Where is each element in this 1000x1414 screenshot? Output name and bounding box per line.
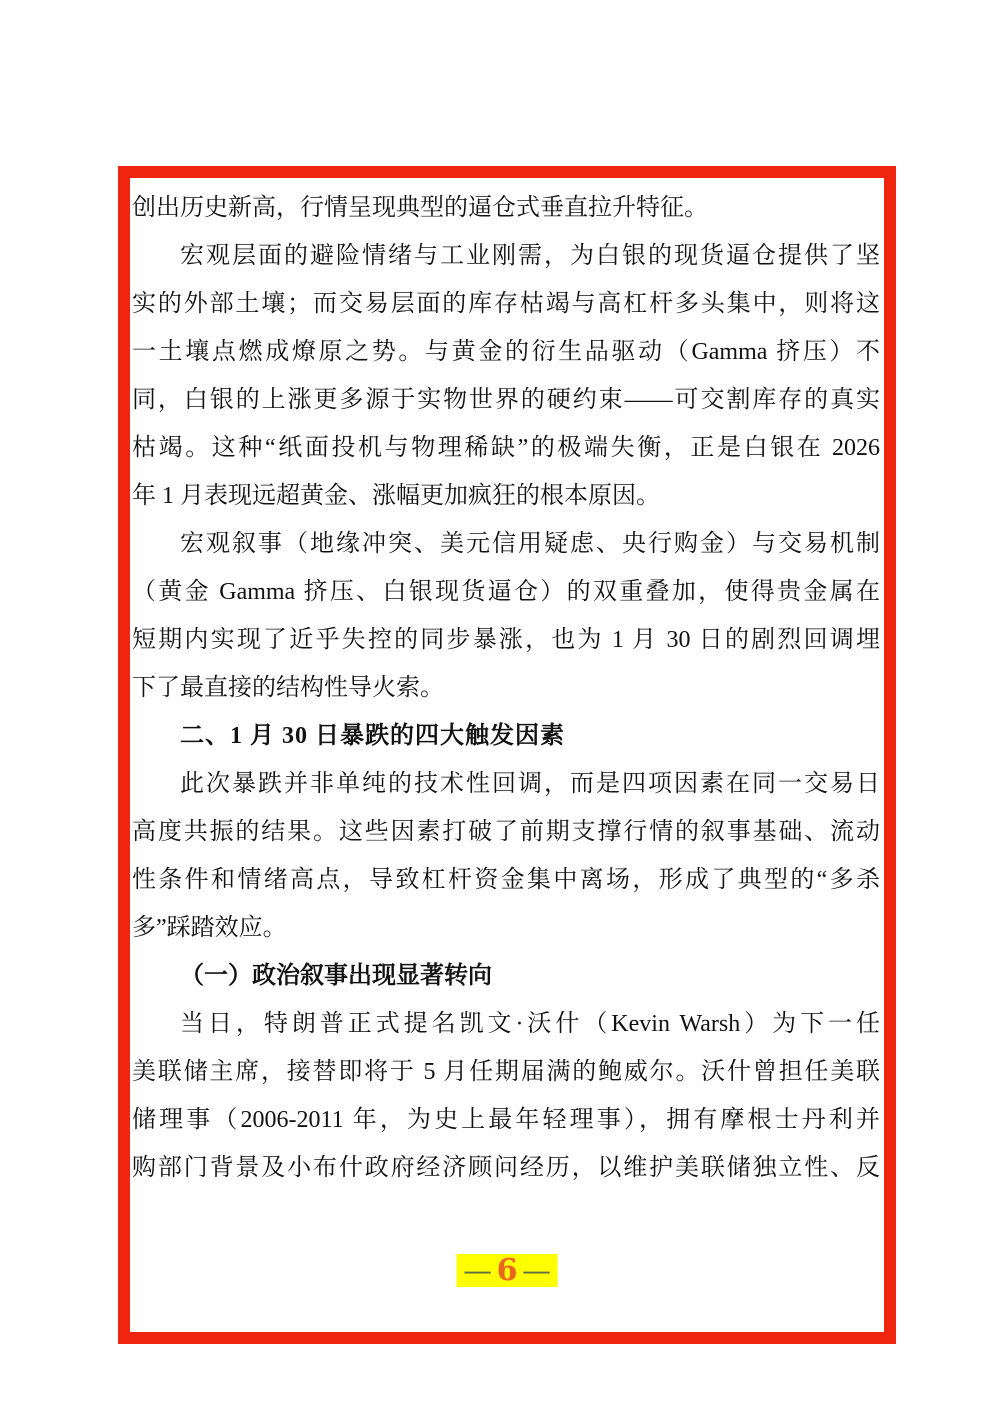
footer-dash-right: —	[523, 1254, 549, 1287]
text-line: 宏观叙事（地缘冲突、美元信用疑虑、央行购金）与交易机制	[132, 520, 880, 568]
page-number: 6	[497, 1254, 518, 1287]
text-line: 宏观层面的避险情绪与工业刚需，为白银的现货逼仓提供了坚	[132, 232, 880, 280]
text-line: 购部门背景及小布什政府经济顾问经历，以维护美联储独立性、反	[132, 1144, 880, 1192]
text-line: 同，白银的上涨更多源于实物世界的硬约束——可交割库存的真实	[132, 376, 880, 424]
text-line: 当日，特朗普正式提名凯文·沃什（Kevin Warsh）为下一任	[132, 1000, 880, 1048]
text-line: 下了最直接的结构性导火索。	[132, 664, 880, 712]
text-line: 枯竭。这种“纸面投机与物理稀缺”的极端失衡，正是白银在 2026	[132, 424, 880, 472]
text-line: 一土壤点燃成燎原之势。与黄金的衍生品驱动（Gamma 挤压）不	[132, 328, 880, 376]
text-line: 年 1 月表现远超黄金、涨幅更加疯狂的根本原因。	[132, 472, 880, 520]
heading: 二、1 月 30 日暴跌的四大触发因素	[132, 712, 880, 760]
text-line: （黄金 Gamma 挤压、白银现货逼仓）的双重叠加，使得贵金属在	[132, 568, 880, 616]
text-line: 性条件和情绪高点，导致杠杆资金集中离场，形成了典型的“多杀	[132, 856, 880, 904]
text-line: 短期内实现了近乎失控的同步暴涨，也为 1 月 30 日的剧烈回调埋	[132, 616, 880, 664]
text-line: 美联储主席，接替即将于 5 月任期届满的鲍威尔。沃什曾担任美联	[132, 1048, 880, 1096]
text-line: 高度共振的结果。这些因素打破了前期支撑行情的叙事基础、流动	[132, 808, 880, 856]
subheading: （一）政治叙事出现显著转向	[132, 952, 880, 1000]
text-line: 创出历史新高，行情呈现典型的逼仓式垂直拉升特征。	[132, 184, 880, 232]
document-body: 创出历史新高，行情呈现典型的逼仓式垂直拉升特征。宏观层面的避险情绪与工业刚需，为…	[132, 184, 880, 1192]
text-line: 多”踩踏效应。	[132, 904, 880, 952]
text-line: 此次暴跌并非单纯的技术性回调，而是四项因素在同一交易日	[132, 760, 880, 808]
text-line: 储理事（2006-2011 年，为史上最年轻理事），拥有摩根士丹利并	[132, 1096, 880, 1144]
page-footer: — 6 —	[457, 1254, 558, 1287]
footer-dash-left: —	[465, 1254, 491, 1287]
document-page: 创出历史新高，行情呈现典型的逼仓式垂直拉升特征。宏观层面的避险情绪与工业刚需，为…	[0, 0, 1000, 1414]
text-line: 实的外部土壤；而交易层面的库存枯竭与高杠杆多头集中，则将这	[132, 280, 880, 328]
page-border-frame: 创出历史新高，行情呈现典型的逼仓式垂直拉升特征。宏观层面的避险情绪与工业刚需，为…	[118, 166, 896, 1344]
